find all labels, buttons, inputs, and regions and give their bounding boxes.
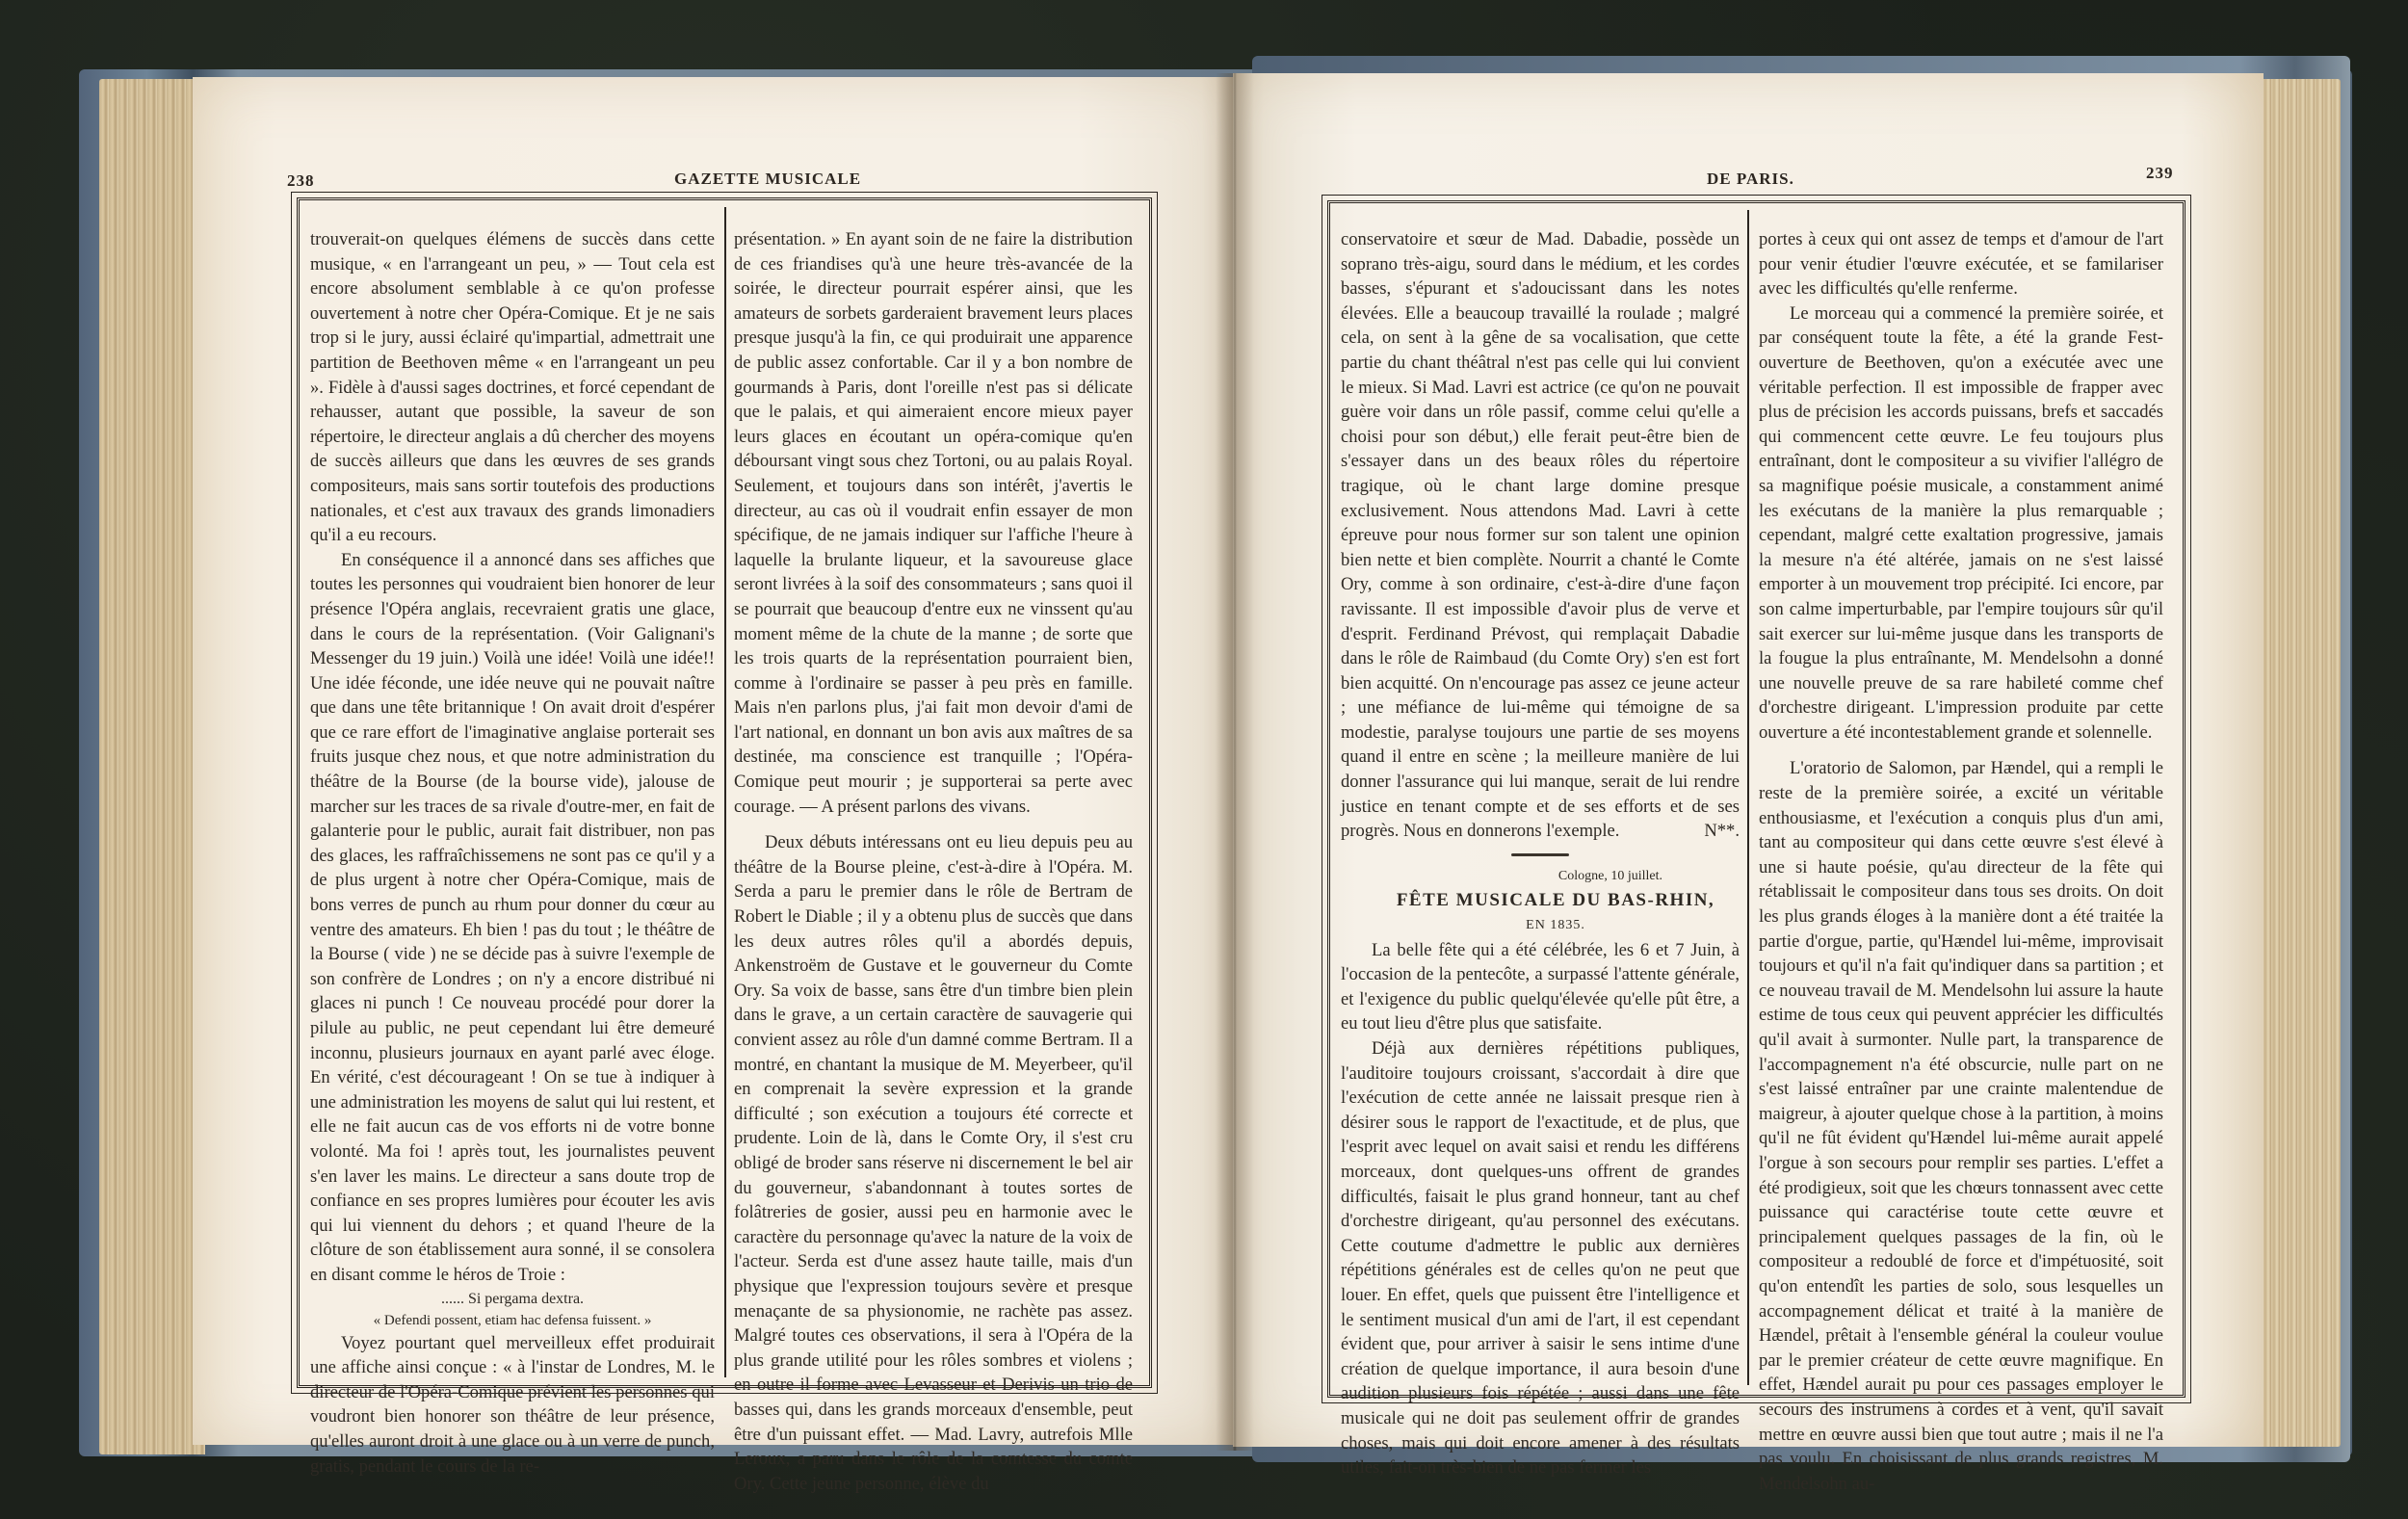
running-head-left: GAZETTE MUSICALE — [674, 170, 861, 189]
left-column-1: trouverait-on quelques élémens de succès… — [310, 227, 715, 1479]
page-number-left: 238 — [287, 171, 315, 191]
paragraph: Le morceau qui a commencé la première so… — [1759, 301, 2163, 746]
running-head-right: DE PARIS. — [1707, 170, 1794, 189]
right-column-3: conservatoire et sœur de Mad. Dabadie, p… — [1341, 227, 1740, 1480]
paragraph: Voyez pourtant quel merveilleux effet pr… — [310, 1331, 715, 1480]
article-subtitle: EN 1835. — [1341, 913, 1740, 938]
paragraph: conservatoire et sœur de Mad. Dabadie, p… — [1341, 227, 1740, 844]
right-column-divider — [1747, 210, 1749, 1385]
left-column-divider — [724, 207, 726, 1377]
article-title: FÊTE MUSICALE DU BAS-RHIN, — [1341, 888, 1740, 913]
paragraph: Deux débuts intéressans ont eu lieu depu… — [734, 830, 1133, 1496]
paragraph: Déjà aux dernières répétitions publiques… — [1341, 1036, 1740, 1480]
paragraph: portes à ceux qui ont assez de temps et … — [1759, 227, 2163, 301]
verse-line: « Defendi possent, etiam hac defensa fui… — [310, 1310, 715, 1331]
verse-line: ...... Si pergama dextra. — [310, 1288, 715, 1310]
right-column-4: portes à ceux qui ont assez de temps et … — [1759, 227, 2163, 1496]
left-column-2: présentation. » En ayant soin de ne fair… — [734, 227, 1133, 1496]
signature: N**. — [1704, 819, 1740, 844]
paragraph: présentation. » En ayant soin de ne fair… — [734, 227, 1133, 819]
dateline: Cologne, 10 juillet. — [1341, 864, 1740, 889]
paragraph-text: conservatoire et sœur de Mad. Dabadie, p… — [1341, 229, 1740, 841]
paragraph: trouverait-on quelques élémens de succès… — [310, 227, 715, 548]
book-gutter-shadow — [1216, 73, 1254, 1451]
section-divider — [1511, 853, 1569, 856]
page-edges-right — [2254, 79, 2341, 1447]
paragraph: La belle fête qui a été célébrée, les 6 … — [1341, 938, 1740, 1036]
paragraph: En conséquence il a annoncé dans ses aff… — [310, 548, 715, 1288]
page-edges-left — [99, 79, 205, 1454]
paragraph: L'oratorio de Salomon, par Hændel, qui a… — [1759, 756, 2163, 1496]
page-number-right: 239 — [2146, 164, 2174, 183]
